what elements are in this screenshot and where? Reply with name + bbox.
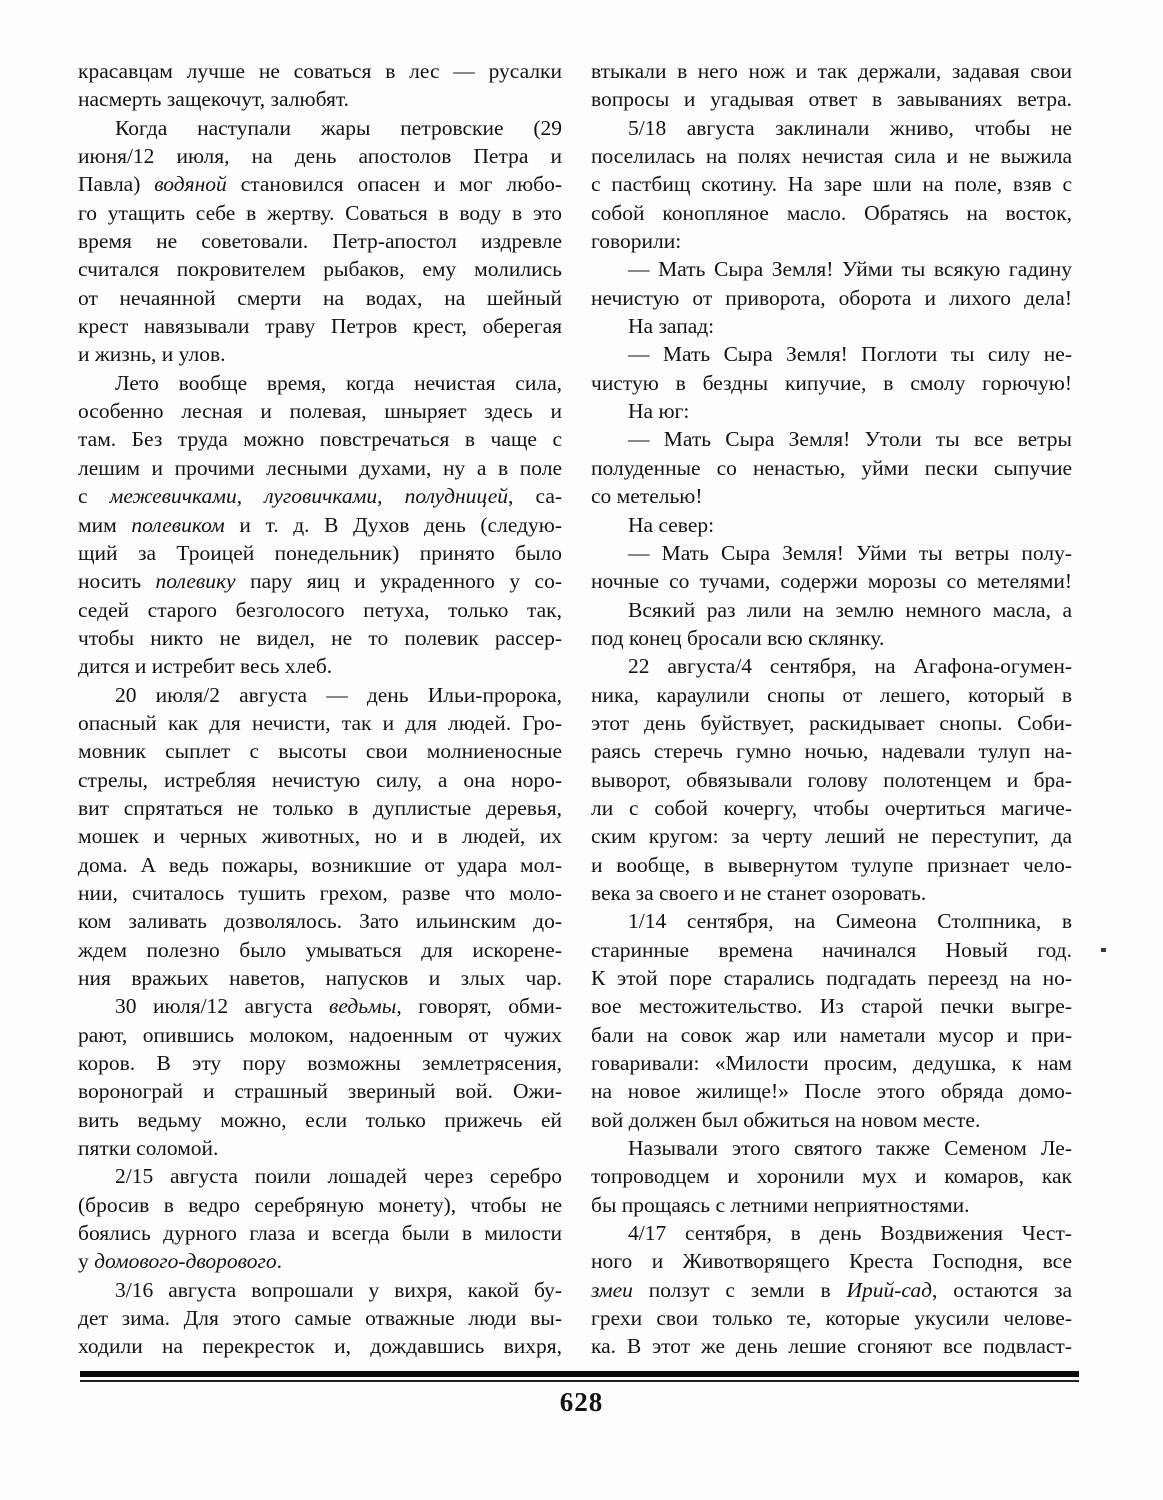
text-line: Называли этого святого также Семеном Ле- — [591, 1134, 1072, 1162]
text-line: особенно лесная и полевая, шныряет здесь… — [78, 397, 562, 425]
text-line: ским кругом: за черту леший не переступи… — [591, 822, 1072, 850]
text-line: выворот, обвязывали голову полотенцем и … — [591, 766, 1072, 794]
text-line: На юг: — [591, 397, 1072, 425]
text-line: — Мать Сыра Земля! Уйми ты ветры полу- — [591, 539, 1072, 567]
text-line: вить ведьму можно, если только прижечь е… — [78, 1106, 562, 1134]
text-line: ния вражьих наветов, напусков и злых чар… — [78, 964, 562, 992]
text-line: щий за Троицей понедельник) принято было — [78, 539, 562, 567]
text-line: носить полевику пару яиц и украденного у… — [78, 567, 562, 595]
text-line: вит спрятаться не только в дуплистые дер… — [78, 794, 562, 822]
text-line: ждем полезно было умываться для искорене… — [78, 936, 562, 964]
text-line: Всякий раз лили на землю немного масла, … — [591, 596, 1072, 624]
text-line: там. Без труда можно повстречаться в чащ… — [78, 425, 562, 453]
text-line: вое местожительство. Из старой печки выг… — [591, 992, 1072, 1020]
text-line: бы прощаясь с летними неприятностями. — [591, 1191, 1072, 1219]
footer-rule-thick — [80, 1371, 1079, 1377]
text-line: К этой поре старались подгадать переезд … — [591, 964, 1072, 992]
text-line: 5/18 августа заклинали жниво, чтобы не — [591, 114, 1072, 142]
text-line: лешим и прочими лесными духами, ну а в п… — [78, 454, 562, 482]
text-line: нии, считалось тушить грехом, разве что … — [78, 879, 562, 907]
text-line: Когда наступали жары петровские (29 — [78, 114, 562, 142]
text-line: — Мать Сыра Земля! Поглоти ты силу не- — [591, 340, 1072, 368]
text-line: грехи свои только те, которые укусили че… — [591, 1304, 1072, 1332]
text-line: мошек и черных животных, но и в людей, и… — [78, 822, 562, 850]
text-line: говорили: — [591, 227, 1072, 255]
text-line: у домового-дворового. — [78, 1247, 562, 1275]
text-line: втыкали в него нож и так держали, задава… — [591, 57, 1072, 85]
text-line: боялись дурного глаза и всегда были в ми… — [78, 1219, 562, 1247]
text-line: этот день буйствует, раскидывает снопы. … — [591, 709, 1072, 737]
text-line: воронограй и страшный звериный вой. Ожи- — [78, 1077, 562, 1105]
text-line: дет зима. Для этого самые отважные люди … — [78, 1304, 562, 1332]
text-line: 2/15 августа поили лошадей через серебро — [78, 1162, 562, 1190]
text-line: Павла) водяной становился опасен и мог л… — [78, 170, 562, 198]
text-line: насмерть защекочут, залюбят. — [78, 85, 562, 113]
text-line: пятки соломой. — [78, 1134, 562, 1162]
text-line: ка. В этот же день лешие сгоняют все под… — [591, 1332, 1072, 1360]
text-line: На север: — [591, 511, 1072, 539]
text-line: на новое жилище!» После этого обряда дом… — [591, 1077, 1072, 1105]
text-line: 1/14 сентября, на Симеона Столпника, в — [591, 907, 1072, 935]
text-line: вой должен был обжиться на новом месте. — [591, 1106, 1072, 1134]
text-line: красавцам лучше не соваться в лес — руса… — [78, 57, 562, 85]
text-line: седей старого безголосого петуха, только… — [78, 596, 562, 624]
text-line: ночные со тучами, содержи морозы со мете… — [591, 567, 1072, 595]
text-line: чтобы никто не видел, не то полевик расс… — [78, 624, 562, 652]
text-line: мим полевиком и т. д. В Духов день (след… — [78, 511, 562, 539]
text-line: нечистую от приворота, оборота и лихого … — [591, 284, 1072, 312]
text-line: чистую в бездны кипучие, в смолу горючую… — [591, 369, 1072, 397]
text-line: 3/16 августа вопрошали у вихря, какой бу… — [78, 1276, 562, 1304]
text-line: дома. А ведь пожары, возникшие от удара … — [78, 851, 562, 879]
text-line: коров. В эту пору возможны землетрясения… — [78, 1049, 562, 1077]
text-line: вопросы и угадывая ответ в завываниях ве… — [591, 85, 1072, 113]
text-line: крест навязывали траву Петров крест, обе… — [78, 312, 562, 340]
text-line: с межевичками, луговичками, полудницей, … — [78, 482, 562, 510]
text-line: время не советовали. Петр-апостол издрев… — [78, 227, 562, 255]
text-line: раясь стеречь гумно ночью, надевали тулу… — [591, 737, 1072, 765]
text-line: и вообще, в вывернутом тулупе признает ч… — [591, 851, 1072, 879]
text-line: го утащить себе в жертву. Соваться в вод… — [78, 199, 562, 227]
text-line: дится и истребит весь хлеб. — [78, 652, 562, 680]
text-line: с пастбищ скотину. На заре шли на поле, … — [591, 170, 1072, 198]
text-line: рают, опившись молоком, надоенным от чуж… — [78, 1021, 562, 1049]
text-line: ли с собой кочергу, чтобы очертиться маг… — [591, 794, 1072, 822]
text-line: под конец бросали всю склянку. — [591, 624, 1072, 652]
text-line: ного и Животворящего Креста Господня, вс… — [591, 1247, 1072, 1275]
text-line: (бросив в ведро серебряную монету), чтоб… — [78, 1191, 562, 1219]
text-line: топроводцем и хоронили мух и комаров, ка… — [591, 1162, 1072, 1190]
book-page: красавцам лучше не соваться в лес — руса… — [0, 0, 1163, 1500]
text-line: ком заливать дозволялось. Зато ильинским… — [78, 907, 562, 935]
text-line: и жизнь, и улов. — [78, 340, 562, 368]
text-line: опасный как для нечисти, так и для людей… — [78, 709, 562, 737]
text-line: века за своего и не станет озоровать. — [591, 879, 1072, 907]
text-line: ходили на перекресток и, дождавшись вихр… — [78, 1332, 562, 1360]
scan-speck — [1101, 948, 1106, 952]
text-line: 30 июля/12 августа ведьмы, говорят, обми… — [78, 992, 562, 1020]
text-line: — Мать Сыра Земля! Утоли ты все ветры — [591, 425, 1072, 453]
text-line: считался покровителем рыбаков, ему молил… — [78, 255, 562, 283]
text-line: 4/17 сентября, в день Воздвижения Чест- — [591, 1219, 1072, 1247]
text-line: стрелы, истребляя нечистую силу, а она н… — [78, 766, 562, 794]
right-column: втыкали в него нож и так держали, задава… — [591, 57, 1072, 1361]
text-line: Лето вообще время, когда нечистая сила, — [78, 369, 562, 397]
text-line: полуденные со ненастью, уйми пески сыпуч… — [591, 454, 1072, 482]
text-line: ника, караулили снопы от лешего, который… — [591, 681, 1072, 709]
text-line: говаривали: «Милости просим, дедушка, к … — [591, 1049, 1072, 1077]
text-line: поселилась на полях нечистая сила и не в… — [591, 142, 1072, 170]
text-line: июня/12 июля, на день апостолов Петра и — [78, 142, 562, 170]
text-line: мовник сыплет с высоты свои молниеносные — [78, 737, 562, 765]
text-line: На запад: — [591, 312, 1072, 340]
text-line: со метелью! — [591, 482, 1072, 510]
text-line: старинные времена начинался Новый год. — [591, 936, 1072, 964]
page-number: 628 — [0, 1387, 1163, 1418]
text-line: собой конопляное масло. Обратясь на вост… — [591, 199, 1072, 227]
text-line: змеи ползут с земли в Ирий-сад, остаются… — [591, 1276, 1072, 1304]
left-column: красавцам лучше не соваться в лес — руса… — [78, 57, 562, 1361]
text-line: 20 июля/2 августа — день Ильи-пророка, — [78, 681, 562, 709]
text-line: от нечаянной смерти на водах, на шейный — [78, 284, 562, 312]
footer-rule-thin — [80, 1380, 1079, 1382]
text-line: бали на совок жар или наметали мусор и п… — [591, 1021, 1072, 1049]
text-line: — Мать Сыра Земля! Уйми ты всякую гадину — [591, 255, 1072, 283]
text-line: 22 августа/4 сентября, на Агафона-огумен… — [591, 652, 1072, 680]
